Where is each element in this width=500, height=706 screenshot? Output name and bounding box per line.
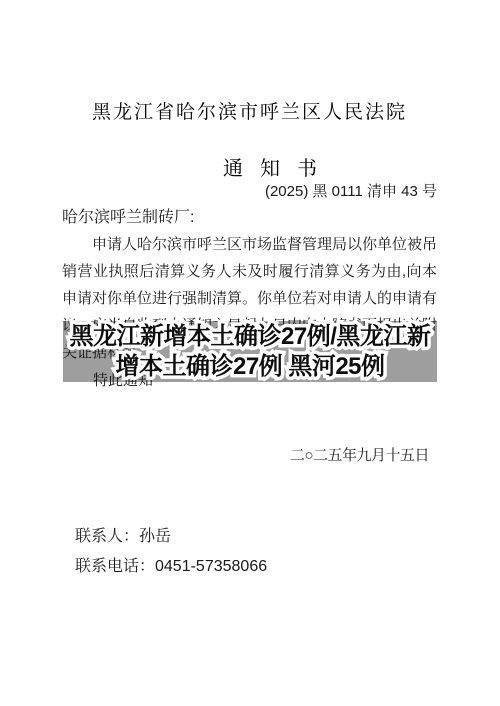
date-line: 二○二五年九月十五日 <box>290 444 429 465</box>
document-type-title: 通知书 <box>223 152 334 181</box>
contact-phone-line: 联系电话：0451-57358066 <box>75 553 267 576</box>
body-line: 销营业执照后清算义务人未及时履行清算义务为由,向本院 <box>62 258 437 285</box>
body-line: 申请对你单位进行强制清算。你单位若对申请人的申请有异 <box>62 285 437 312</box>
headline-line-2-text: 增本土确诊27例 黑河25例 <box>0 352 500 382</box>
overlay-headline: 黑龙江新增本土确诊27例/黑龙江新 黑龙江新增本土确诊27例/黑龙江新 增本土确… <box>0 322 500 382</box>
body-line: 申请人哈尔滨市呼兰区市场监督管理局以你单位被吊 <box>62 231 437 258</box>
notice-page: 黑龙江省哈尔滨市呼兰区人民法院 通知书 (2025) 黑 0111 清申 43 … <box>0 0 500 706</box>
headline-line-2: 增本土确诊27例 黑河25例 增本土确诊27例 黑河25例 <box>0 352 500 382</box>
headline-line-1-text: 黑龙江新增本土确诊27例/黑龙江新 <box>0 322 500 352</box>
addressee-line: 哈尔滨呼兰制砖厂: <box>62 204 194 227</box>
court-title: 黑龙江省哈尔滨市呼兰区人民法院 <box>62 97 437 124</box>
case-number: (2025) 黑 0111 清申 43 号 <box>265 180 437 201</box>
headline-line-1: 黑龙江新增本土确诊27例/黑龙江新 黑龙江新增本土确诊27例/黑龙江新 <box>0 322 500 352</box>
contact-person-line: 联系人：孙岳 <box>75 523 171 546</box>
